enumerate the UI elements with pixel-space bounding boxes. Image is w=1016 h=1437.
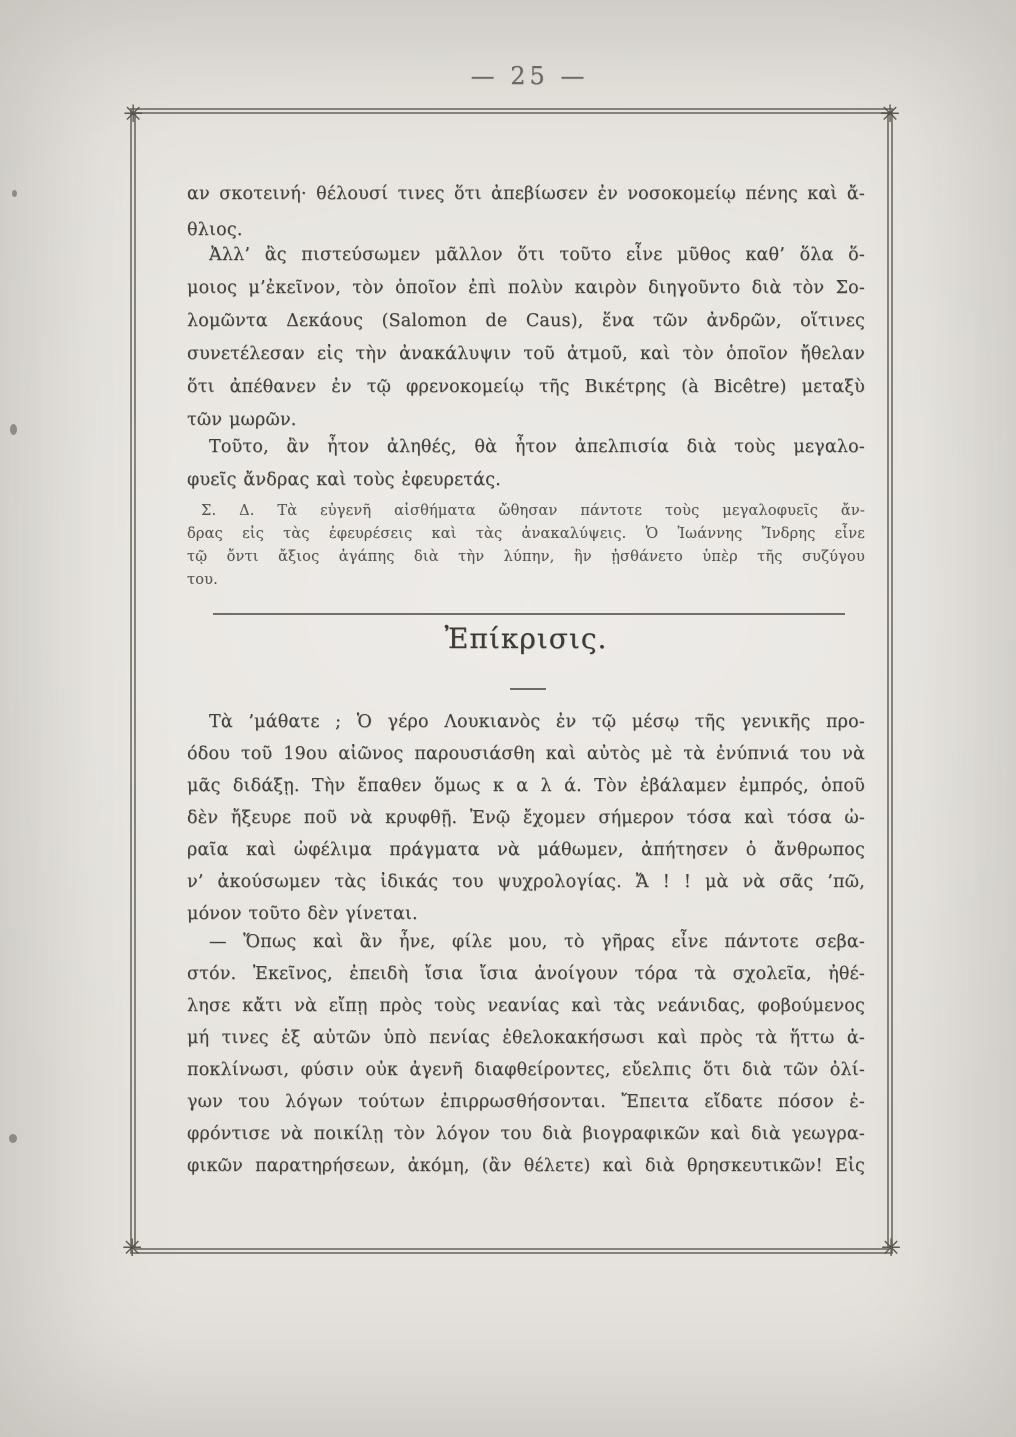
text-line: Σ. Δ. Τὰ εὐγενῆ αἰσθήματα ὤθησαν πάντοτε… — [187, 500, 865, 523]
corner-ornament-icon: ✳ — [122, 1236, 142, 1260]
page-number: — 25 — — [130, 62, 911, 90]
text-line: μᾶς διδάξῃ. Τὴν ἔπαθεν ὅμως κ α λ ά. Τὸν… — [187, 770, 865, 802]
text-line: γων του λόγων τούτων ἐπιρρωσθήσονται. Ἔπ… — [187, 1086, 865, 1118]
text-line: δὲν ἤξευρε ποῦ νὰ κρυφθῇ. Ἐνῷ ἔχομεν σήμ… — [187, 802, 865, 834]
text-line: Ἀλλ’ ἂς πιστεύσωμεν μᾶλλον ὅτι τοῦτο εἶν… — [187, 239, 865, 272]
text-line: Τὰ ’μάθατε ; Ὁ γέρο Λουκιανὸς ἐν τῷ μέσῳ… — [187, 706, 865, 738]
text-line: μοιος μ’ἐκεῖνον, τὸν ὁποῖον ἐπὶ πολὺν κα… — [187, 272, 865, 305]
footnote-block: Σ. Δ. Τὰ εὐγενῆ αἰσθήματα ὤθησαν πάντοτε… — [187, 500, 865, 592]
text-line: αν σκοτεινή· θέλουσί τινες ὅτι ἀπεβίωσεν… — [187, 176, 865, 212]
scan-speck — [12, 190, 17, 197]
section-heading: Ἐπίκρισις. — [187, 622, 865, 655]
text-line: φικῶν παρατηρήσεων, ἀκόμη, (ἂν θέλετε) κ… — [187, 1150, 865, 1182]
text-line: δρας εἰς τὰς ἐφευρέσεις καὶ τὰς ἀνακαλύψ… — [187, 523, 865, 546]
paragraph-1: αν σκοτεινή· θέλουσί τινες ὅτι ἀπεβίωσεν… — [187, 176, 865, 248]
scanned-book-page: { "page": { "header_number": "— 25 —", "… — [0, 0, 1016, 1437]
text-line: τῷ ὄντι ἄξιος ἀγάπης διὰ τὴν λύπην, ἣν ᾐ… — [187, 546, 865, 569]
corner-ornament-icon: ✳ — [881, 1236, 901, 1260]
text-line: — Ὅπως καὶ ἂν ἦνε, φίλε μου, τὸ γῆρας εἶ… — [187, 926, 865, 958]
text-line: ποκλίνωσι, φύσιν οὐκ ἀγενῆ διαφθείροντες… — [187, 1054, 865, 1086]
scan-speck — [10, 424, 17, 435]
text-line: μή τινες ἐξ αὐτῶν ὑπὸ πενίας ἐθελοκακήσω… — [187, 1022, 865, 1054]
paragraph-2: Ἀλλ’ ἂς πιστεύσωμεν μᾶλλον ὅτι τοῦτο εἶν… — [187, 239, 865, 437]
text-line: στόν. Ἐκεῖνος, ἐπειδὴ ἴσια ἴσια ἀνοίγουν… — [187, 958, 865, 990]
text-line: λομῶντα Δεκάους (Salomon de Caus), ἕνα τ… — [187, 305, 865, 338]
text-line: ν’ ἀκούσωμεν τὰς ἰδικάς του ψυχρολογίας.… — [187, 866, 865, 898]
text-line: ὅτι ἀπέθανεν ἐν τῷ φρενοκομείῳ τῆς Βικέτ… — [187, 371, 865, 404]
text-line: του. — [187, 569, 865, 592]
text-line: φρόντισε νὰ ποικίλῃ τὸν λόγον του διὰ βι… — [187, 1118, 865, 1150]
text-line: συνετέλεσαν εἰς τὴν ἀνακάλυψιν τοῦ ἀτμοῦ… — [187, 338, 865, 371]
paragraph-3: Τοῦτο, ἂν ἦτον ἀληθές, θὰ ἦτον ἀπελπισία… — [187, 431, 865, 497]
text-line: λησε κἄτι νὰ εἴπῃ πρὸς τοὺς νεανίας καὶ … — [187, 990, 865, 1022]
section-divider — [510, 688, 546, 690]
text-line: φυεῖς ἄνδρας καὶ τοὺς ἐφευρετάς. — [187, 464, 865, 497]
text-line: Τοῦτο, ἂν ἦτον ἀληθές, θὰ ἦτον ἀπελπισία… — [187, 431, 865, 464]
corner-ornament-icon: ✳ — [880, 102, 900, 126]
text-line: όδου τοῦ 19ου αἰῶνος παρουσιάσθη καὶ αὐτ… — [187, 738, 865, 770]
horizontal-rule — [213, 613, 845, 615]
paragraph-5: — Ὅπως καὶ ἂν ἦνε, φίλε μου, τὸ γῆρας εἶ… — [187, 926, 865, 1182]
text-line: ραῖα καὶ ὠφέλιμα πράγματα νὰ μάθωμεν, ἀπ… — [187, 834, 865, 866]
corner-ornament-icon: ✳ — [123, 102, 143, 126]
scan-speck — [9, 1134, 17, 1143]
paragraph-4: Τὰ ’μάθατε ; Ὁ γέρο Λουκιανὸς ἐν τῷ μέσῳ… — [187, 706, 865, 930]
